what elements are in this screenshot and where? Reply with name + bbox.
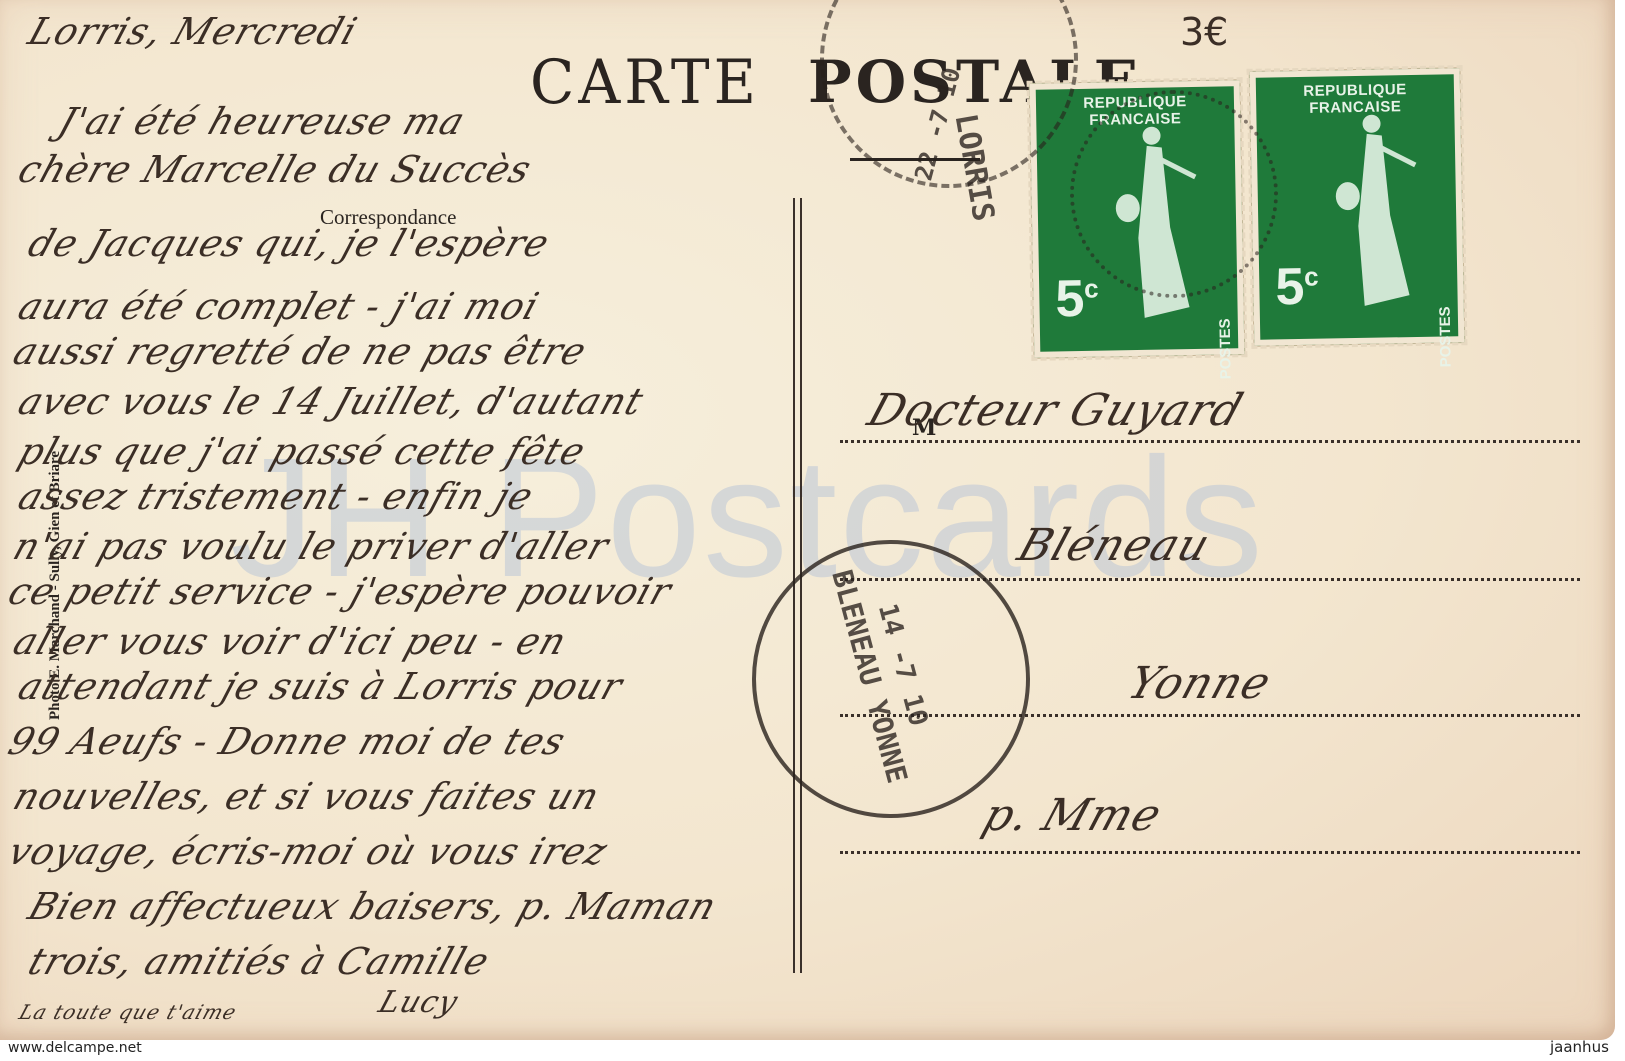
credit-jaanhus: jaanhus — [1550, 1038, 1609, 1056]
address-name: Docteur Guyard — [862, 385, 1250, 436]
header-carte: CARTE — [530, 46, 760, 117]
message-line: aura été complet - j'ai moi — [13, 285, 545, 328]
message-line: n'ai pas voulu le priver d'aller — [8, 525, 615, 568]
price-note: 3€ — [1180, 10, 1228, 54]
address-line — [840, 851, 1580, 854]
address-department: Yonne — [1122, 658, 1278, 709]
message-signature: Lucy — [374, 985, 462, 1020]
message-line: nouvelles, et si vous faites un — [8, 775, 605, 818]
message-line: J'ai été heureuse ma — [53, 100, 471, 143]
message-line: La toute que t'aime — [16, 1000, 240, 1024]
message-line: attendant je suis à Lorris pour — [13, 665, 628, 708]
stamp-side-label: POSTES — [1437, 306, 1455, 367]
stamp-value: 5c — [1055, 269, 1099, 330]
stamp-side-label: POSTES — [1217, 318, 1235, 379]
postcard-back: JH Postcards CARTE POSTALE 3€ Correspond… — [0, 0, 1615, 1040]
message-line: 99 Aeufs - Donne moi de tes — [3, 720, 571, 763]
message-line: de Jacques qui, je l'espère — [23, 222, 555, 265]
message-line: trois, amitiés à Camille — [23, 940, 495, 983]
message-line: Lorris, Mercredi — [23, 10, 363, 53]
message-line: avec vous le 14 Juillet, d'autant — [13, 380, 649, 423]
message-line: ce petit service - j'espère pouvoir — [3, 570, 677, 613]
address-town: Bléneau — [1012, 520, 1217, 571]
message-line: aussi regretté de ne pas être — [8, 330, 592, 373]
message-line: Bien affectueux baisers, p. Maman — [23, 885, 722, 928]
address-note: p. Mme — [977, 790, 1169, 841]
message-line: voyage, écris-moi où vous irez — [3, 830, 613, 873]
message-line: assez tristement - enfin je — [13, 475, 539, 518]
message-line: aller vous voir d'ici peu - en — [8, 620, 572, 663]
stamp-value: 5c — [1275, 257, 1319, 318]
stamp: REPUBLIQUE FRANCAISE 5c POSTES — [1250, 68, 1465, 346]
message-line: chère Marcelle du Succès — [13, 148, 537, 191]
postmark-stamp-cancel — [1070, 90, 1278, 298]
message-line: plus que j'ai passé cette fête — [13, 430, 591, 473]
address-line — [840, 440, 1580, 443]
sower-figure-icon — [1326, 105, 1420, 322]
credit-delcampe: www.delcampe.net — [8, 1040, 142, 1056]
